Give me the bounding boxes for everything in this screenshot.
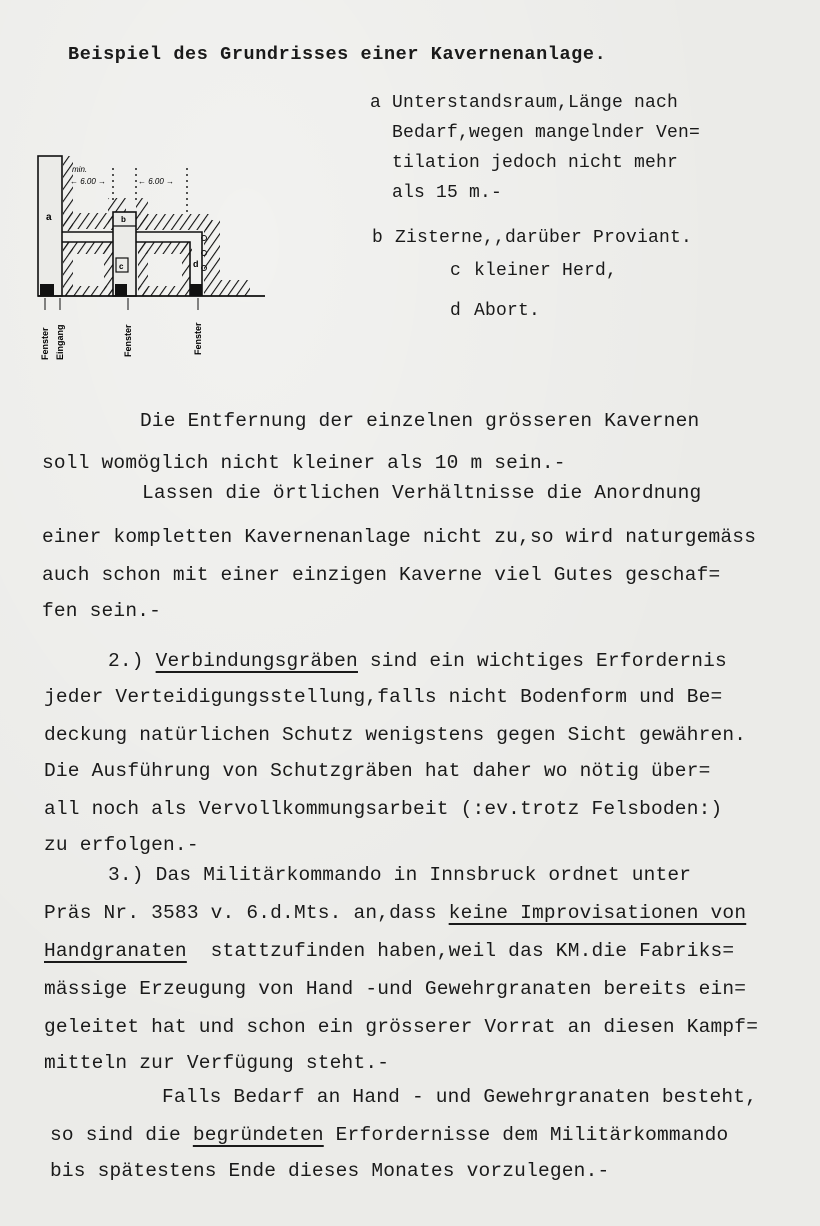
final-paragraph-line-1: Falls Bedarf an Hand - und Gewehrgranate…	[162, 1088, 757, 1108]
paragraph-1-line-2: soll womöglich nicht kleiner als 10 m se…	[42, 454, 566, 474]
legend-key-a: a	[370, 94, 381, 112]
svg-text:← 6.00 →: ← 6.00 →	[138, 177, 174, 186]
room-label-a: a	[46, 212, 52, 223]
final-paragraph-line-3: bis spätestens Ende dieses Monates vorzu…	[50, 1162, 609, 1182]
room-label-d: d	[193, 259, 199, 269]
section-2-line-1: 2.) Verbindungsgräben sind ein wichtiges…	[108, 652, 727, 672]
legend-b-line-1: Zisterne,,darüber Proviant.	[395, 229, 692, 247]
section-2-line-2: jeder Verteidigungsstellung,falls nicht …	[44, 688, 722, 708]
paragraph-2-line-4: fen sein.-	[42, 602, 161, 622]
legend-key-d: d	[450, 302, 461, 320]
section-2-line-5: all noch als Vervollkommungsarbeit (:ev.…	[44, 800, 722, 820]
section-3-underlined-phrase: keine Improvisationen von	[449, 902, 747, 924]
opening-label-eingang: Eingang	[55, 325, 65, 361]
svg-text:← 6.00 →: ← 6.00 →	[70, 177, 106, 186]
legend-c-line-1: kleiner Herd,	[474, 262, 617, 280]
cavern-floor-plan-diagram: a b c d min. ← 6.00 → ← 6.00 → Fenster E…	[20, 140, 280, 380]
section-3-line-2: Präs Nr. 3583 v. 6.d.Mts. an,dass keine …	[44, 904, 746, 924]
section-3-line-1: 3.) Das Militärkommando in Innsbruck ord…	[108, 866, 691, 886]
section-3-line-6: mitteln zur Verfügung steht.-	[44, 1054, 389, 1074]
legend-d-line-1: Abort.	[474, 302, 540, 320]
legend-a-line-1: Unterstandsraum,Länge nach	[392, 94, 678, 112]
section-3-line-4: mässige Erzeugung von Hand -und Gewehrgr…	[44, 980, 746, 1000]
paragraph-1-line-1: Die Entfernung der einzelnen grösseren K…	[140, 412, 699, 432]
opening-label-fenster-3: Fenster	[193, 322, 203, 355]
paragraph-2-line-3: auch schon mit einer einzigen Kaverne vi…	[42, 566, 720, 586]
legend-a-line-4: als 15 m.-	[392, 184, 502, 202]
section-2-line-6: zu erfolgen.-	[44, 836, 199, 856]
section-2-underlined-term: Verbindungsgräben	[156, 650, 358, 672]
legend-key-c: c	[450, 262, 461, 280]
scanned-document-page: Beispiel des Grundrisses einer Kavernena…	[0, 0, 820, 1226]
final-underlined-term: begründeten	[193, 1124, 324, 1146]
section-3-line-3: Handgranaten stattzufinden haben,weil da…	[44, 942, 734, 962]
section-2-line-3: deckung natürlichen Schutz wenigstens ge…	[44, 726, 746, 746]
room-label-b: b	[121, 215, 126, 224]
room-label-c: c	[119, 262, 124, 271]
opening-label-fenster-2: Fenster	[123, 324, 133, 357]
legend-a-line-3: tilation jedoch nicht mehr	[392, 154, 678, 172]
section-3-line-5: geleitet hat und schon ein grösserer Vor…	[44, 1018, 758, 1038]
opening-label-fenster-1: Fenster	[40, 327, 50, 360]
legend-key-b: b	[372, 229, 383, 247]
paragraph-2-line-1: Lassen die örtlichen Verhältnisse die An…	[142, 484, 701, 504]
svg-text:min.: min.	[72, 165, 87, 174]
section-2-line-4: Die Ausführung von Schutzgräben hat dahe…	[44, 762, 711, 782]
paragraph-2-line-2: einer kompletten Kavernenanlage nicht zu…	[42, 528, 756, 548]
final-paragraph-line-2: so sind die begründeten Erfordernisse de…	[50, 1126, 728, 1146]
section-2-number: 2.)	[108, 650, 144, 672]
section-3-number: 3.)	[108, 864, 144, 886]
document-title: Beispiel des Grundrisses einer Kavernena…	[68, 46, 606, 65]
legend-a-line-2: Bedarf,wegen mangelnder Ven=	[392, 124, 700, 142]
